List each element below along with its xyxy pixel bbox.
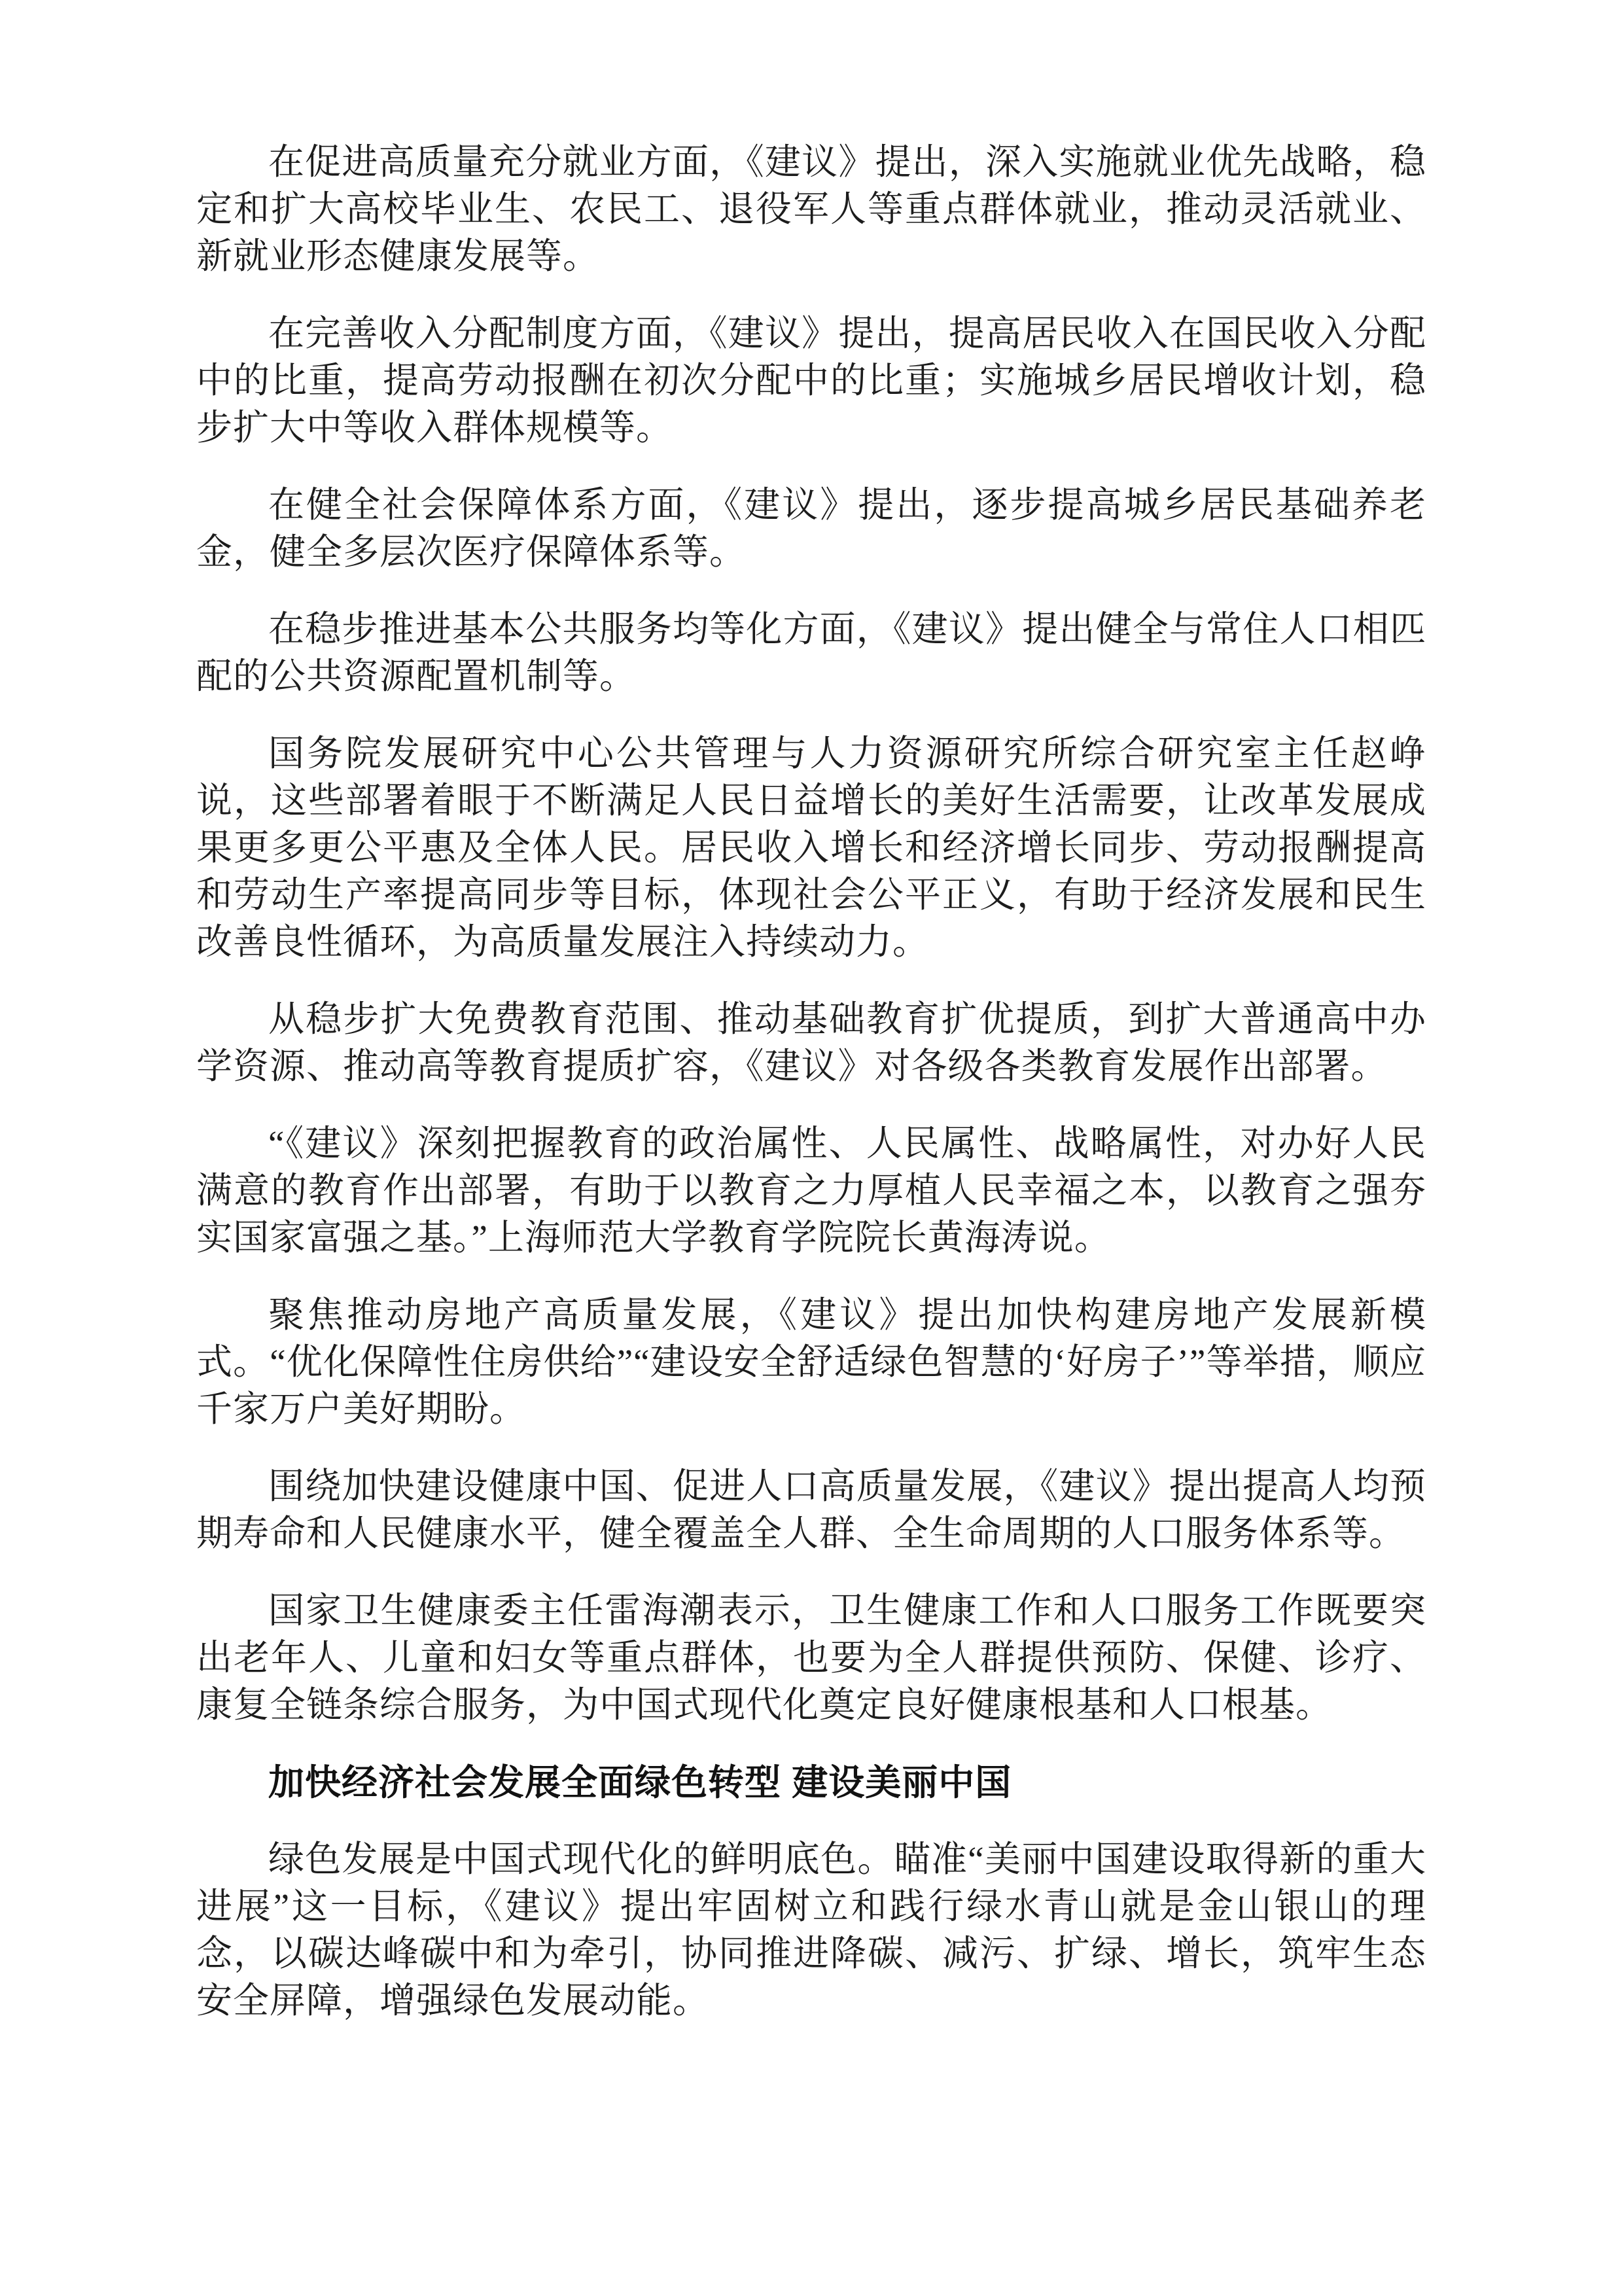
paragraph-social-security: 在健全社会保障体系方面，《建议》提出，逐步提高城乡居民基础养老金，健全多层次医疗… bbox=[196, 482, 1426, 576]
paragraph-employment: 在促进高质量充分就业方面，《建议》提出，深入实施就业优先战略，稳定和扩大高校毕业… bbox=[196, 139, 1426, 280]
paragraph-real-estate: 聚焦推动房地产高质量发展，《建议》提出加快构建房地产发展新模式。“优化保障性住房… bbox=[196, 1292, 1426, 1433]
document-content: 在促进高质量充分就业方面，《建议》提出，深入实施就业优先战略，稳定和扩大高校毕业… bbox=[196, 139, 1426, 2024]
document-page: 在促进高质量充分就业方面，《建议》提出，深入实施就业优先战略，稳定和扩大高校毕业… bbox=[0, 0, 1622, 2296]
paragraph-green-development: 绿色发展是中国式现代化的鲜明底色。瞄准“美丽中国建设取得新的重大进展”这一目标，… bbox=[196, 1836, 1426, 2024]
paragraph-education-deployment: 从稳步扩大免费教育范围、推动基础教育扩优提质，到扩大普通高中办学资源、推动高等教… bbox=[196, 996, 1426, 1090]
paragraph-income-distribution: 在完善收入分配制度方面，《建议》提出，提高居民收入在国民收入分配中的比重，提高劳… bbox=[196, 310, 1426, 451]
section-heading-green-transition: 加快经济社会发展全面绿色转型 建设美丽中国 bbox=[196, 1759, 1426, 1806]
paragraph-expert-zhaozheng: 国务院发展研究中心公共管理与人力资源研究所综合研究室主任赵峥说，这些部署着眼于不… bbox=[196, 730, 1426, 966]
paragraph-expert-leihaichao: 国家卫生健康委主任雷海潮表示，卫生健康工作和人口服务工作既要突出老年人、儿童和妇… bbox=[196, 1587, 1426, 1729]
paragraph-expert-huanghaitao: “《建议》深刻把握教育的政治属性、人民属性、战略属性，对办好人民满意的教育作出部… bbox=[196, 1120, 1426, 1262]
paragraph-public-services: 在稳步推进基本公共服务均等化方面，《建议》提出健全与常住人口相匹配的公共资源配置… bbox=[196, 606, 1426, 700]
paragraph-healthy-china: 围绕加快建设健康中国、促进人口高质量发展，《建议》提出提高人均预期寿命和人民健康… bbox=[196, 1463, 1426, 1557]
